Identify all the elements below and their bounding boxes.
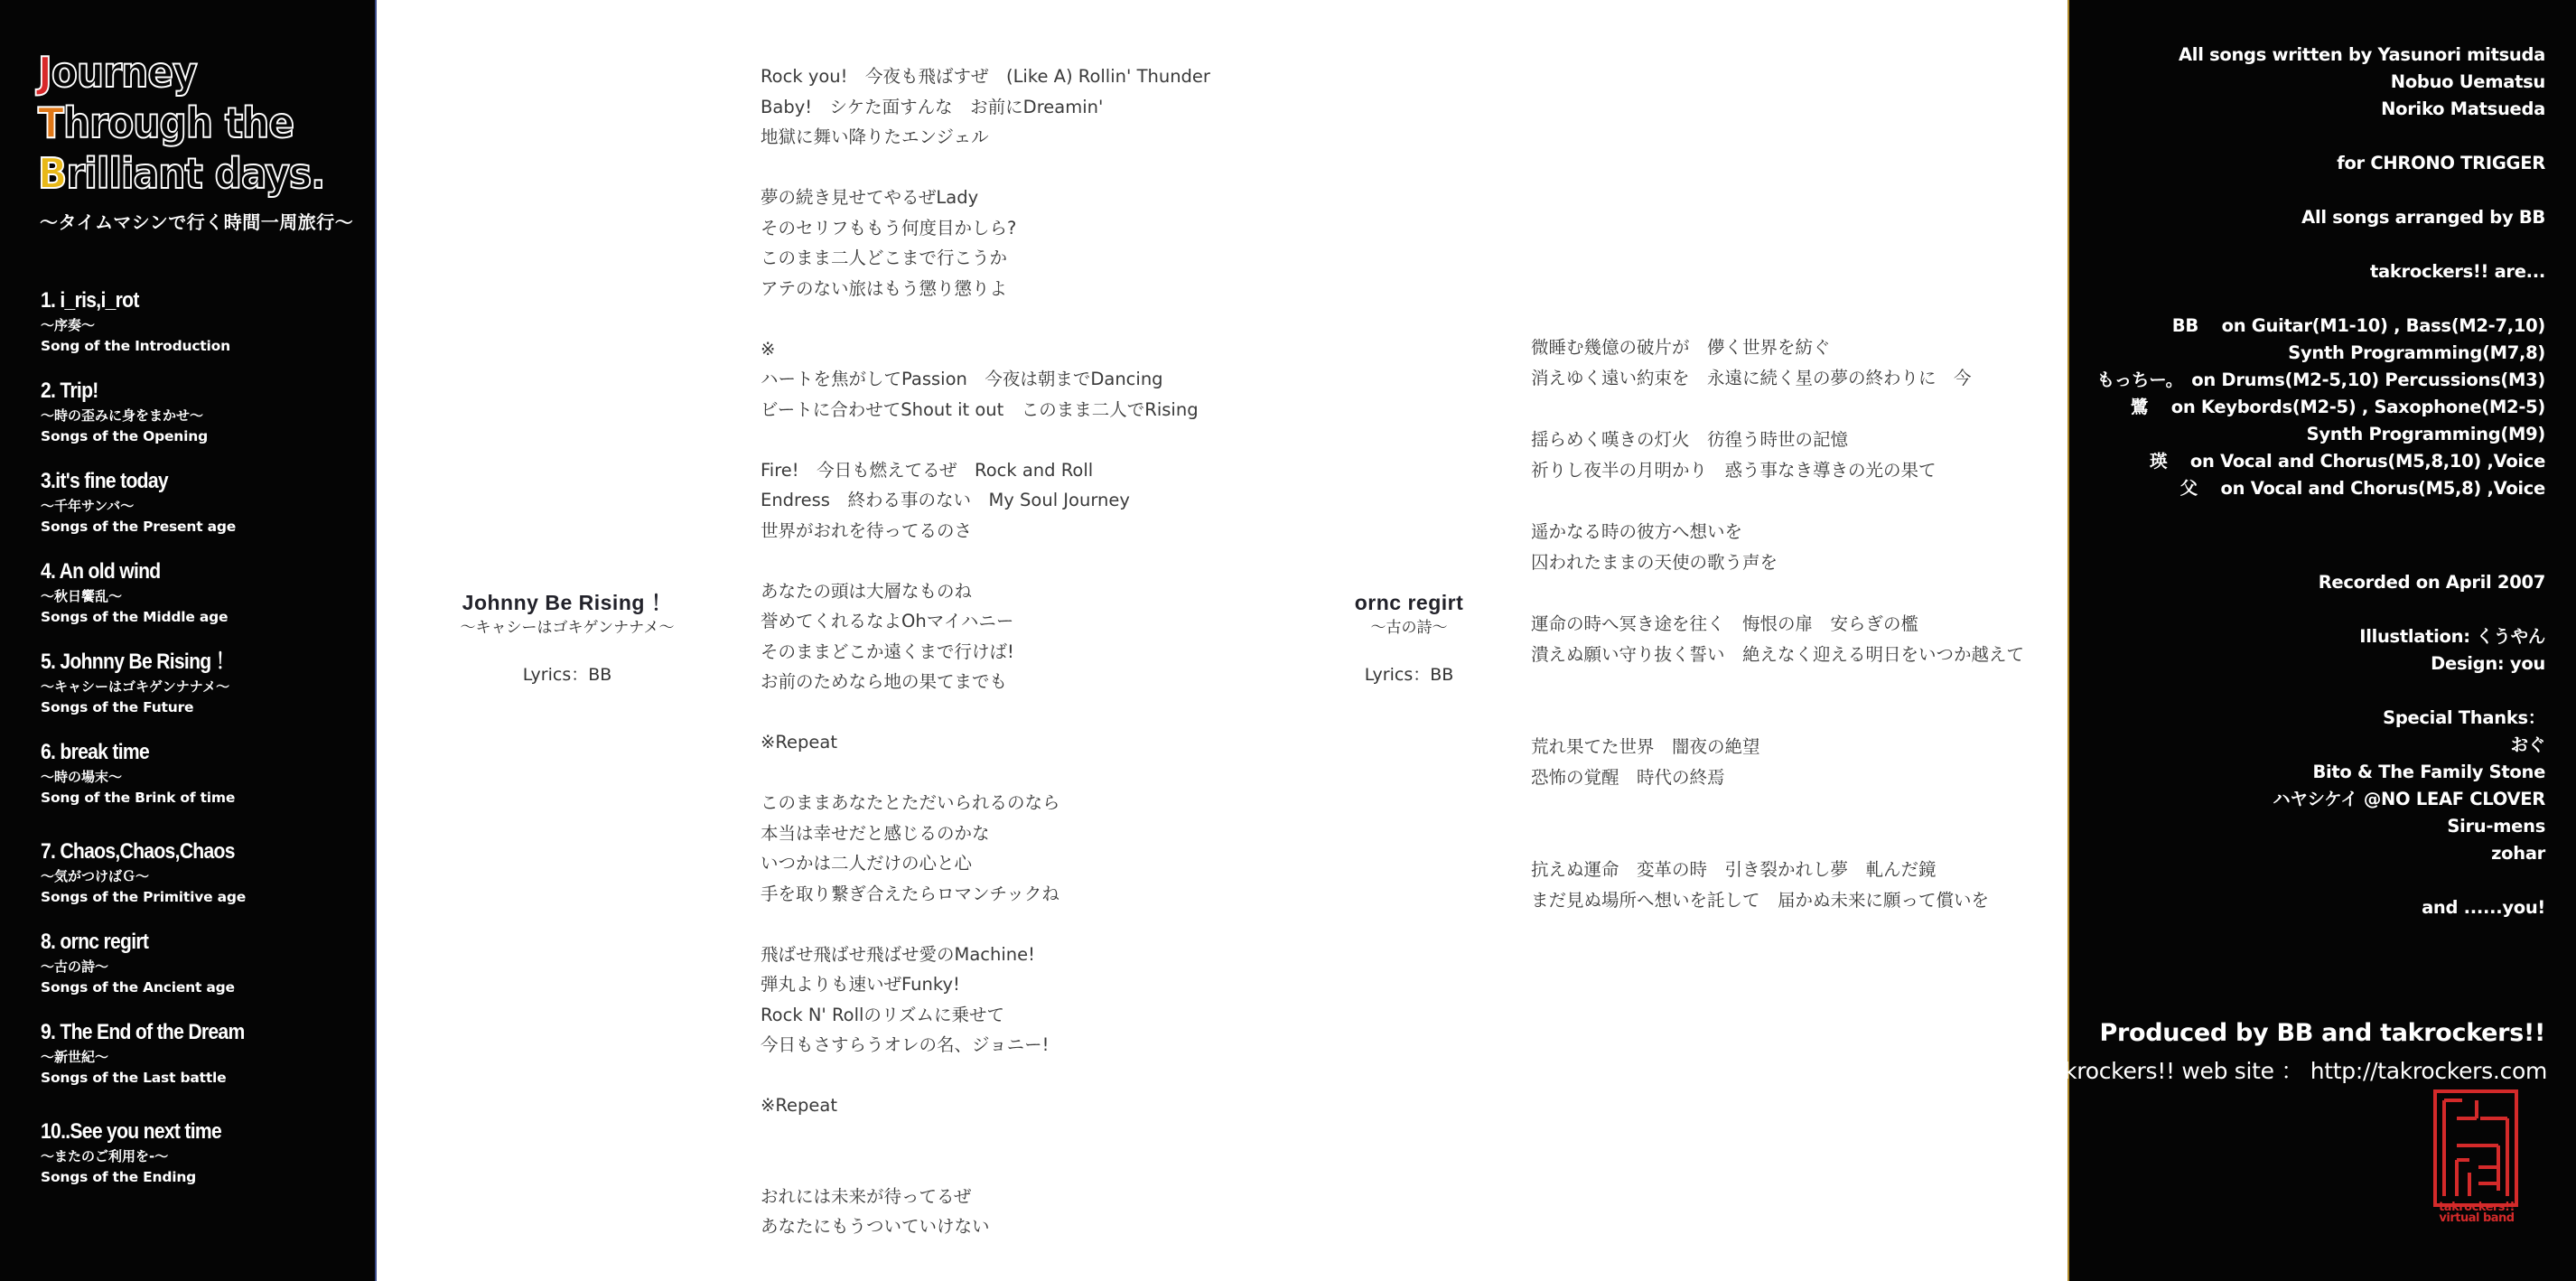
stanza-gap (1531, 824, 2024, 855)
lyric-line: おれには未来が待ってるぜ (761, 1182, 1210, 1212)
track-title: 7. Chaos,Chaos,Chaos (41, 838, 235, 865)
stanza-gap (761, 546, 1210, 576)
song-lyricist: Lyrics：BB (432, 663, 703, 687)
lyrics-ornc-regirt: 微睡む幾億の破片が 儚く世界を紡ぐ消えゆく遠い約束を 永遠に続く星の夢の終わりに… (1531, 332, 2024, 916)
lyric-line: Baby! シケた面すんな お前にDreamin' (761, 92, 1210, 123)
stanza-gap (761, 697, 1210, 728)
lyric-line: 弾丸よりも速いぜFunky! (761, 969, 1210, 1000)
stanza-gap (1531, 670, 2024, 701)
thanks-item: Siru-mens (2273, 813, 2545, 840)
title-initial-j: J (38, 48, 51, 97)
stanza-gap (761, 1121, 1210, 1152)
stanza-gap (761, 1061, 1210, 1091)
lyric-line: 飛ばせ飛ばせ飛ばせ愛のMachine! (761, 940, 1210, 970)
lyric-line: 抗えぬ運命 変革の時 引き裂かれし夢 軋んだ鏡 (1531, 855, 2024, 885)
song-title: ornc regirt (1301, 589, 1517, 616)
lyric-line: Endress 終わる事のない My Soul Journey (761, 485, 1210, 516)
title-rest-2: hrough the (63, 98, 294, 147)
stanza-gap (761, 153, 1210, 183)
lyric-line: このまま二人どこまで行こうか (761, 243, 1210, 274)
stanza-gap (1531, 486, 2024, 517)
lyric-line: 本当は幸せだと感じるのかな (761, 818, 1210, 849)
song-label-ornc-regirt: ornc regirt 〜古の詩〜 Lyrics：BB (1301, 589, 1517, 687)
thanks-item: おぐ (2273, 732, 2545, 759)
lyric-line: ※ (761, 334, 1210, 365)
credit-composer: Noriko Matsueda (2097, 96, 2545, 123)
track-title: 9. The End of the Dream (41, 1019, 245, 1046)
credit-closing: and ......you! (2273, 894, 2545, 921)
track-title: 6. break time (41, 739, 211, 766)
stanza-gap (1531, 701, 2024, 732)
member-line: もっちー。 on Drums(M2-5,10) Percussions(M3) (2097, 367, 2545, 394)
credit-written-by: All songs written by Yasunori mitsuda (2097, 42, 2545, 69)
song-title: Johnny Be Rising ！ (432, 589, 703, 616)
track-subtitle: 〜古の詩〜 (41, 956, 235, 977)
track-item: 3.it's fine today 〜千年サンバ〜 Songs of the P… (41, 468, 236, 537)
stanza-gap (761, 1151, 1210, 1182)
logo-caption: takrockers!! virtual band (2433, 1202, 2520, 1224)
track-description: Songs of the Last battle (41, 1068, 272, 1088)
credits-block: All songs written by Yasunori mitsuda No… (2097, 42, 2545, 502)
track-title: 5. Johnny Be Rising ！ (41, 649, 234, 676)
track-description: Songs of the Present age (41, 517, 236, 537)
track-title: 2. Trip! (41, 378, 188, 405)
track-description: Song of the Introduction (41, 336, 230, 356)
lyric-line: そのセリフももう何度目かしら? (761, 213, 1210, 244)
title-line-1: Journey (38, 47, 324, 98)
member-line: BB on Guitar(M1-10) , Bass(M2-7,10) (2097, 313, 2545, 340)
thanks-item: zohar (2273, 840, 2545, 867)
stanza-gap (1531, 578, 2024, 609)
produced-by: Produced by BB and takrockers!! (2099, 1019, 2545, 1047)
members-heading: takrockers!! are... (2097, 258, 2545, 285)
track-subtitle: 〜時の場末〜 (41, 766, 235, 788)
song-subtitle: 〜キャシーはゴキゲンナナメ〜 (432, 616, 703, 640)
credit-illustration: Illustlation: くうやん (2273, 623, 2545, 650)
track-description: Songs of the Ancient age (41, 977, 235, 997)
member-line: Synth Programming(M7,8) (2097, 340, 2545, 367)
track-subtitle: 〜キャシーはゴキゲンナナメ〜 (41, 676, 260, 697)
track-item: 7. Chaos,Chaos,Chaos 〜気がつけばＧ〜 Songs of t… (41, 838, 261, 907)
lyric-line: 夢の続き見せてやるぜLady (761, 182, 1210, 213)
lyric-line: 恐怖の覚醒 時代の終焉 (1531, 762, 2024, 793)
thanks-item: ハヤシケイ @NO LEAF CLOVER (2273, 786, 2545, 813)
lyric-line: いつかは二人だけの心と心 (761, 848, 1210, 879)
lyric-line: 潰えぬ願い守り抜く誓い 絶えなく迎える明日をいつか越えて (1531, 640, 2024, 670)
track-item: 8. ornc regirt 〜古の詩〜 Songs of the Ancien… (41, 929, 235, 997)
track-description: Songs of the Future (41, 697, 260, 717)
lyric-line: 遥かなる時の彼方へ想いを (1531, 517, 2024, 547)
lyric-line: まだ見ぬ場所へ想いを託して 届かぬ未来に願って償いを (1531, 885, 2024, 916)
album-title: Journey Through the Brilliant days. (38, 47, 350, 199)
track-title: 4. An old wind (41, 558, 205, 585)
track-subtitle: 〜またのご利用を-〜 (41, 1145, 246, 1167)
lyric-line: このままあなたとただいられるのなら (761, 788, 1210, 818)
track-title: 8. ornc regirt (41, 929, 211, 956)
stanza-gap (761, 758, 1210, 789)
track-item: 10..See you next time 〜またのご利用を-〜 Songs o… (41, 1118, 246, 1187)
lyric-line: 祈りし夜半の月明かり 惑う事なき導きの光の果て (1531, 455, 2024, 486)
lyric-line: アテのない旅はもう懲り懲りよ (761, 274, 1210, 304)
song-subtitle: 〜古の詩〜 (1301, 616, 1517, 640)
lyric-line: 世界がおれを待ってるのさ (761, 516, 1210, 547)
lyric-line: 誉めてくれるなよOhマイハニー (761, 606, 1210, 637)
track-subtitle: 〜新世紀〜 (41, 1046, 272, 1068)
title-initial-t: T (38, 98, 63, 147)
title-line-3: Brilliant days. (38, 148, 324, 199)
track-description: Songs of the Primitive age (41, 887, 261, 907)
song-label-johnny: Johnny Be Rising ！ 〜キャシーはゴキゲンナナメ〜 Lyrics… (432, 589, 703, 687)
track-item: 1. i_ris,i_rot 〜序奏〜 Song of the Introduc… (41, 287, 230, 356)
track-item: 4. An old wind 〜秋日饗乱〜 Songs of the Middl… (41, 558, 228, 627)
lyric-line: Rock you! 今夜も飛ばすぜ (Like A) Rollin' Thund… (761, 61, 1210, 92)
track-item: 6. break time 〜時の場末〜 Song of the Brink o… (41, 739, 235, 808)
title-rest-1: ourney (51, 48, 197, 97)
logo-mark-icon (2433, 1089, 2518, 1207)
member-line: 瑛 on Vocal and Chorus(M5,8,10) ,Voice (2097, 448, 2545, 475)
stanza-gap (761, 304, 1210, 334)
title-line-2: Through the (38, 98, 324, 148)
credit-arranged-by: All songs arranged by BB (2097, 204, 2545, 231)
logo-caption-line-2: virtual band (2433, 1213, 2520, 1224)
thanks-item: Bito & The Family Stone (2273, 759, 2545, 786)
credit-recorded: Recorded on April 2007 (2273, 569, 2545, 596)
title-rest-3: rilliant days. (66, 149, 324, 198)
lyric-line: 揺らめく嘆きの灯火 彷徨う時世の記憶 (1531, 425, 2024, 455)
track-subtitle: 〜秋日饗乱〜 (41, 585, 228, 607)
track-title: 1. i_ris,i_rot (41, 287, 208, 314)
lyrics-johnny-be-rising: Rock you! 今夜も飛ばすぜ (Like A) Rollin' Thund… (761, 61, 1210, 1242)
title-initial-b: B (38, 149, 66, 198)
track-title: 3.it's fine today (41, 468, 212, 495)
track-subtitle: 〜時の歪みに身をまかせ〜 (41, 405, 208, 426)
album-subtitle: 〜タイムマシンで行く時間一周旅行〜 (40, 208, 353, 234)
stanza-gap (761, 909, 1210, 940)
lyric-line: ※Repeat (761, 1090, 1210, 1121)
lyric-line: 今日もさすらうオレの名、ジョニー! (761, 1030, 1210, 1061)
lyric-line: Fire! 今日も燃えてるぜ Rock and Roll (761, 455, 1210, 486)
lyric-line: 囚われたままの天使の歌う声を (1531, 547, 2024, 578)
track-subtitle: 〜千年サンバ〜 (41, 495, 236, 517)
track-subtitle: 〜序奏〜 (41, 314, 230, 336)
lyric-line: 運命の時へ冥き途を往く 悔恨の扉 安らぎの檻 (1531, 609, 2024, 640)
credit-design: Design: you (2273, 650, 2545, 678)
lyric-line: 微睡む幾億の破片が 儚く世界を紡ぐ (1531, 332, 2024, 363)
stanza-gap (1531, 793, 2024, 824)
cover-panel: Journey Through the Brilliant days. 〜タイム… (0, 0, 377, 1281)
credit-composer: Nobuo Uematsu (2097, 69, 2545, 96)
credits-block-2: Recorded on April 2007 Illustlation: くうや… (2273, 569, 2545, 921)
track-description: Songs of the Ending (41, 1167, 246, 1187)
lyric-line: 地獄に舞い降りたエンジェル (761, 122, 1210, 153)
lyric-line: ハートを焦がしてPassion 今夜は朝までDancing (761, 364, 1210, 395)
lyric-line: そのままどこか遠くまで行けば! (761, 637, 1210, 668)
member-line: Synth Programming(M9) (2097, 421, 2545, 448)
member-line: 父 on Vocal and Chorus(M5,8) ,Voice (2097, 475, 2545, 502)
track-subtitle: 〜気がつけばＧ〜 (41, 865, 261, 887)
track-item: 9. The End of the Dream 〜新世紀〜 Songs of t… (41, 1019, 272, 1088)
lyric-line: あなたにもうついていけない (761, 1211, 1210, 1242)
track-description: Songs of the Middle age (41, 607, 228, 627)
song-lyricist: Lyrics：BB (1301, 663, 1517, 687)
lyric-line: 荒れ果てた世界 闇夜の絶望 (1531, 732, 2024, 762)
track-description: Song of the Brink of time (41, 788, 235, 808)
track-title: 10..See you next time (41, 1118, 221, 1145)
lyric-line: あなたの頭は大層なものね (761, 576, 1210, 607)
lyric-line: お前のためなら地の果てまでも (761, 667, 1210, 697)
stanza-gap (1531, 394, 2024, 425)
track-item: 5. Johnny Be Rising ！ 〜キャシーはゴキゲンナナメ〜 Son… (41, 649, 260, 717)
lyric-line: 消えゆく遠い約束を 永遠に続く星の夢の終わりに 今 (1531, 363, 2024, 394)
credit-game: for CHRONO TRIGGER (2097, 150, 2545, 177)
thanks-heading: Special Thanks： (2273, 705, 2545, 732)
lyric-line: ビートに合わせてShout it out このまま二人でRising (761, 395, 1210, 425)
track-item: 2. Trip! 〜時の歪みに身をまかせ〜 Songs of the Openi… (41, 378, 208, 446)
member-line: 鷺 on Keybords(M2-5) , Saxophone(M2-5) (2097, 394, 2545, 421)
takrockers-logo: takrockers!! virtual band (2433, 1089, 2518, 1218)
track-description: Songs of the Opening (41, 426, 208, 446)
website-link[interactable]: takrockers!! web site ： http://takrocker… (2042, 1053, 2547, 1086)
lyric-line: ※Repeat (761, 727, 1210, 758)
stanza-gap (761, 425, 1210, 455)
lyric-line: Rock N' Rollのリズムに乗せて (761, 1000, 1210, 1031)
lyric-line: 手を取り繋ぎ合えたらロマンチックね (761, 879, 1210, 910)
